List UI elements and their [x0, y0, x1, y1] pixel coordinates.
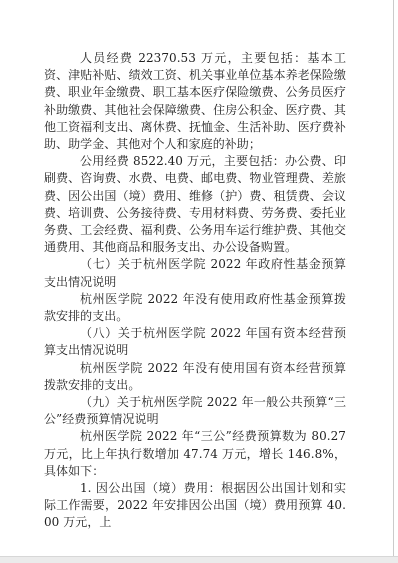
section-9-heading: （九）关于杭州医学院 2022 年一般公共预算“三公”经费预算情况说明 [44, 394, 346, 428]
personnel-expense-paragraph: 人员经费 22370.53 万元，主要包括：基本工资、津贴补贴、绩效工资、机关事… [44, 50, 346, 153]
section-7-heading: （七）关于杭州医学院 2022 年政府性基金预算支出情况说明 [44, 256, 346, 290]
section-9-body: 杭州医学院 2022 年“三公”经费预算数为 80.27 万元，比上年执行数增加… [44, 428, 346, 480]
section-7-body: 杭州医学院 2022 年没有使用政府性基金预算拨款安排的支出。 [44, 291, 346, 325]
item-1-abroad-expense-paragraph: 1. 因公出国（境）费用：根据因公出国计划和实际工作需要，2022 年安排因公出… [44, 480, 346, 532]
document-page: 人员经费 22370.53 万元，主要包括：基本工资、津贴补贴、绩效工资、机关事… [0, 0, 398, 563]
section-8-heading: （八）关于杭州医学院 2022 年国有资本经营预算支出情况说明 [44, 325, 346, 359]
public-expense-paragraph: 公用经费 8522.40 万元，主要包括：办公费、印刷费、咨询费、水费、电费、邮… [44, 153, 346, 256]
page-right-edge-line [393, 0, 394, 556]
page-bottom-edge [0, 556, 398, 563]
document-text-block: 人员经费 22370.53 万元，主要包括：基本工资、津贴补贴、绩效工资、机关事… [44, 50, 346, 532]
section-8-body: 杭州医学院 2022 年没有使用国有资本经营预算拨款安排的支出。 [44, 360, 346, 394]
